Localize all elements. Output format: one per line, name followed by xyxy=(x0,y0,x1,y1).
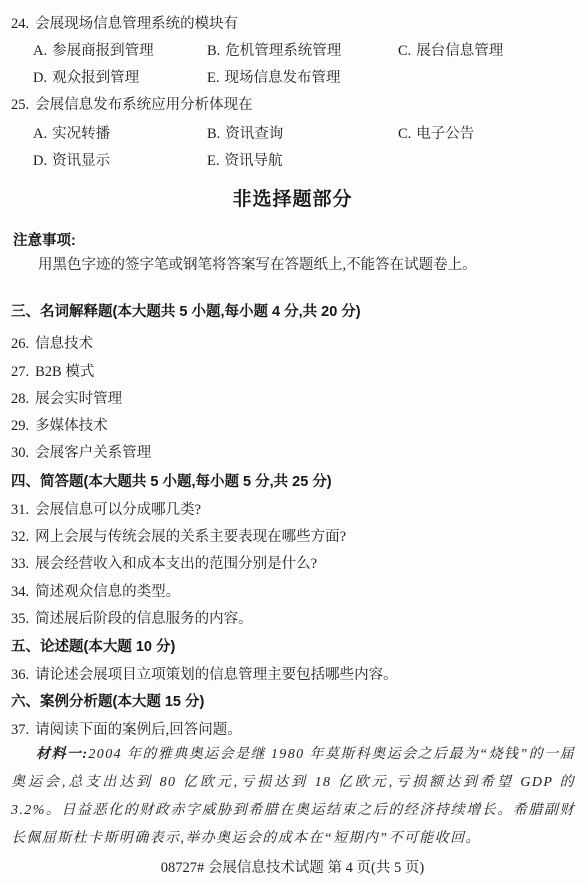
question-26: 26.信息技术 xyxy=(11,332,93,353)
option-text: 资讯查询 xyxy=(225,126,283,142)
option-label: A. xyxy=(33,43,47,59)
question-number: 25. xyxy=(11,97,29,113)
option-label: B. xyxy=(207,126,220,142)
option-text: 电子公告 xyxy=(416,126,474,142)
question-number: 32. xyxy=(11,529,29,545)
question-27: 27.B2B 模式 xyxy=(11,360,94,381)
question-35: 35.简述展后阶段的信息服务的内容。 xyxy=(11,607,253,628)
question-29: 29.多媒体技术 xyxy=(11,414,108,435)
question-text: 请阅读下面的案例后,回答问题。 xyxy=(35,722,242,738)
option-label: E. xyxy=(207,153,219,169)
section-5-heading: 五、论述题(本大题 10 分) xyxy=(11,635,175,656)
question-text: 会展客户关系管理 xyxy=(35,445,151,461)
page-footer: 08727# 会展信息技术试题 第 4 页(共 5 页) xyxy=(0,856,585,877)
question-33: 33.展会经营收入和成本支出的范围分别是什么? xyxy=(11,552,317,573)
part-heading: 非选择题部分 xyxy=(0,184,585,211)
question-number: 35. xyxy=(11,611,29,627)
question-31: 31.会展信息可以分成哪几类? xyxy=(11,498,201,519)
option-label: C. xyxy=(398,126,411,142)
question-number: 37. xyxy=(11,722,29,738)
question-37: 37.请阅读下面的案例后,回答问题。 xyxy=(11,718,242,739)
question-number: 36. xyxy=(11,667,29,683)
case-material-lead: 材料一: xyxy=(36,747,88,762)
question-number: 24. xyxy=(11,16,29,32)
q25-option-b: B.资讯查询 xyxy=(207,122,283,143)
section-3-heading: 三、名词解释题(本大题共 5 小题,每小题 4 分,共 20 分) xyxy=(11,300,361,321)
question-number: 34. xyxy=(11,584,29,600)
q25-option-c: C.电子公告 xyxy=(398,122,474,143)
question-number: 31. xyxy=(11,502,29,518)
exam-page: 24.会展现场信息管理系统的模块有 A.参展商报到管理 B.危机管理系统管理 C… xyxy=(0,0,585,885)
question-28: 28.展会实时管理 xyxy=(11,387,122,408)
option-text: 资讯导航 xyxy=(224,153,282,169)
question-number: 28. xyxy=(11,391,29,407)
question-number: 33. xyxy=(11,556,29,572)
option-text: 现场信息发布管理 xyxy=(224,70,340,86)
question-34: 34.简述观众信息的类型。 xyxy=(11,580,180,601)
case-material-paragraph: 材料一:2004 年的雅典奥运会是继 1980 年莫斯科奥运会之后最为“烧钱”的… xyxy=(11,741,575,853)
section-6-heading: 六、案例分析题(本大题 15 分) xyxy=(11,690,204,711)
question-25-stem: 25.会展信息发布系统应用分析体现在 xyxy=(11,93,253,114)
option-label: A. xyxy=(33,126,47,142)
question-30: 30.会展客户关系管理 xyxy=(11,441,151,462)
option-label: B. xyxy=(207,43,220,59)
question-number: 26. xyxy=(11,336,29,352)
q24-option-d: D.观众报到管理 xyxy=(33,66,139,87)
question-text: 简述观众信息的类型。 xyxy=(35,584,180,600)
option-text: 危机管理系统管理 xyxy=(225,43,341,59)
question-text: 会展现场信息管理系统的模块有 xyxy=(35,16,238,32)
q24-option-c: C.展台信息管理 xyxy=(398,39,503,60)
question-text: 多媒体技术 xyxy=(35,418,108,434)
question-text: B2B 模式 xyxy=(35,364,94,380)
q24-option-b: B.危机管理系统管理 xyxy=(207,39,341,60)
q25-option-e: E.资讯导航 xyxy=(207,149,282,170)
option-text: 实况转播 xyxy=(52,126,110,142)
option-text: 展台信息管理 xyxy=(416,43,503,59)
question-text: 展会实时管理 xyxy=(35,391,122,407)
option-text: 资讯显示 xyxy=(52,153,110,169)
notice-body: 用黑色字迹的签字笔或钢笔将答案写在答题纸上,不能答在试题卷上。 xyxy=(38,253,477,274)
question-number: 29. xyxy=(11,418,29,434)
question-text: 会展信息可以分成哪几类? xyxy=(35,502,201,518)
question-text: 展会经营收入和成本支出的范围分别是什么? xyxy=(35,556,317,572)
q25-option-d: D.资讯显示 xyxy=(33,149,110,170)
option-text: 观众报到管理 xyxy=(52,70,139,86)
question-text: 简述展后阶段的信息服务的内容。 xyxy=(35,611,253,627)
section-4-heading: 四、简答题(本大题共 5 小题,每小题 5 分,共 25 分) xyxy=(11,470,332,491)
question-24-stem: 24.会展现场信息管理系统的模块有 xyxy=(11,12,238,33)
q24-option-e: E.现场信息发布管理 xyxy=(207,66,340,87)
option-label: D. xyxy=(33,70,47,86)
question-text: 会展信息发布系统应用分析体现在 xyxy=(35,97,253,113)
question-number: 27. xyxy=(11,364,29,380)
option-label: C. xyxy=(398,43,411,59)
question-text: 请论述会展项目立项策划的信息管理主要包括哪些内容。 xyxy=(35,667,398,683)
question-32: 32.网上会展与传统会展的关系主要表现在哪些方面? xyxy=(11,525,346,546)
option-label: D. xyxy=(33,153,47,169)
case-material-body: 2004 年的雅典奥运会是继 1980 年莫斯科奥运会之后最为“烧钱”的一届奥运… xyxy=(11,747,575,846)
q24-option-a: A.参展商报到管理 xyxy=(33,39,154,60)
notice-title: 注意事项: xyxy=(13,229,76,250)
option-text: 参展商报到管理 xyxy=(52,43,154,59)
q25-option-a: A.实况转播 xyxy=(33,122,110,143)
question-text: 信息技术 xyxy=(35,336,93,352)
question-number: 30. xyxy=(11,445,29,461)
option-label: E. xyxy=(207,70,219,86)
question-36: 36.请论述会展项目立项策划的信息管理主要包括哪些内容。 xyxy=(11,663,398,684)
question-text: 网上会展与传统会展的关系主要表现在哪些方面? xyxy=(35,529,346,545)
